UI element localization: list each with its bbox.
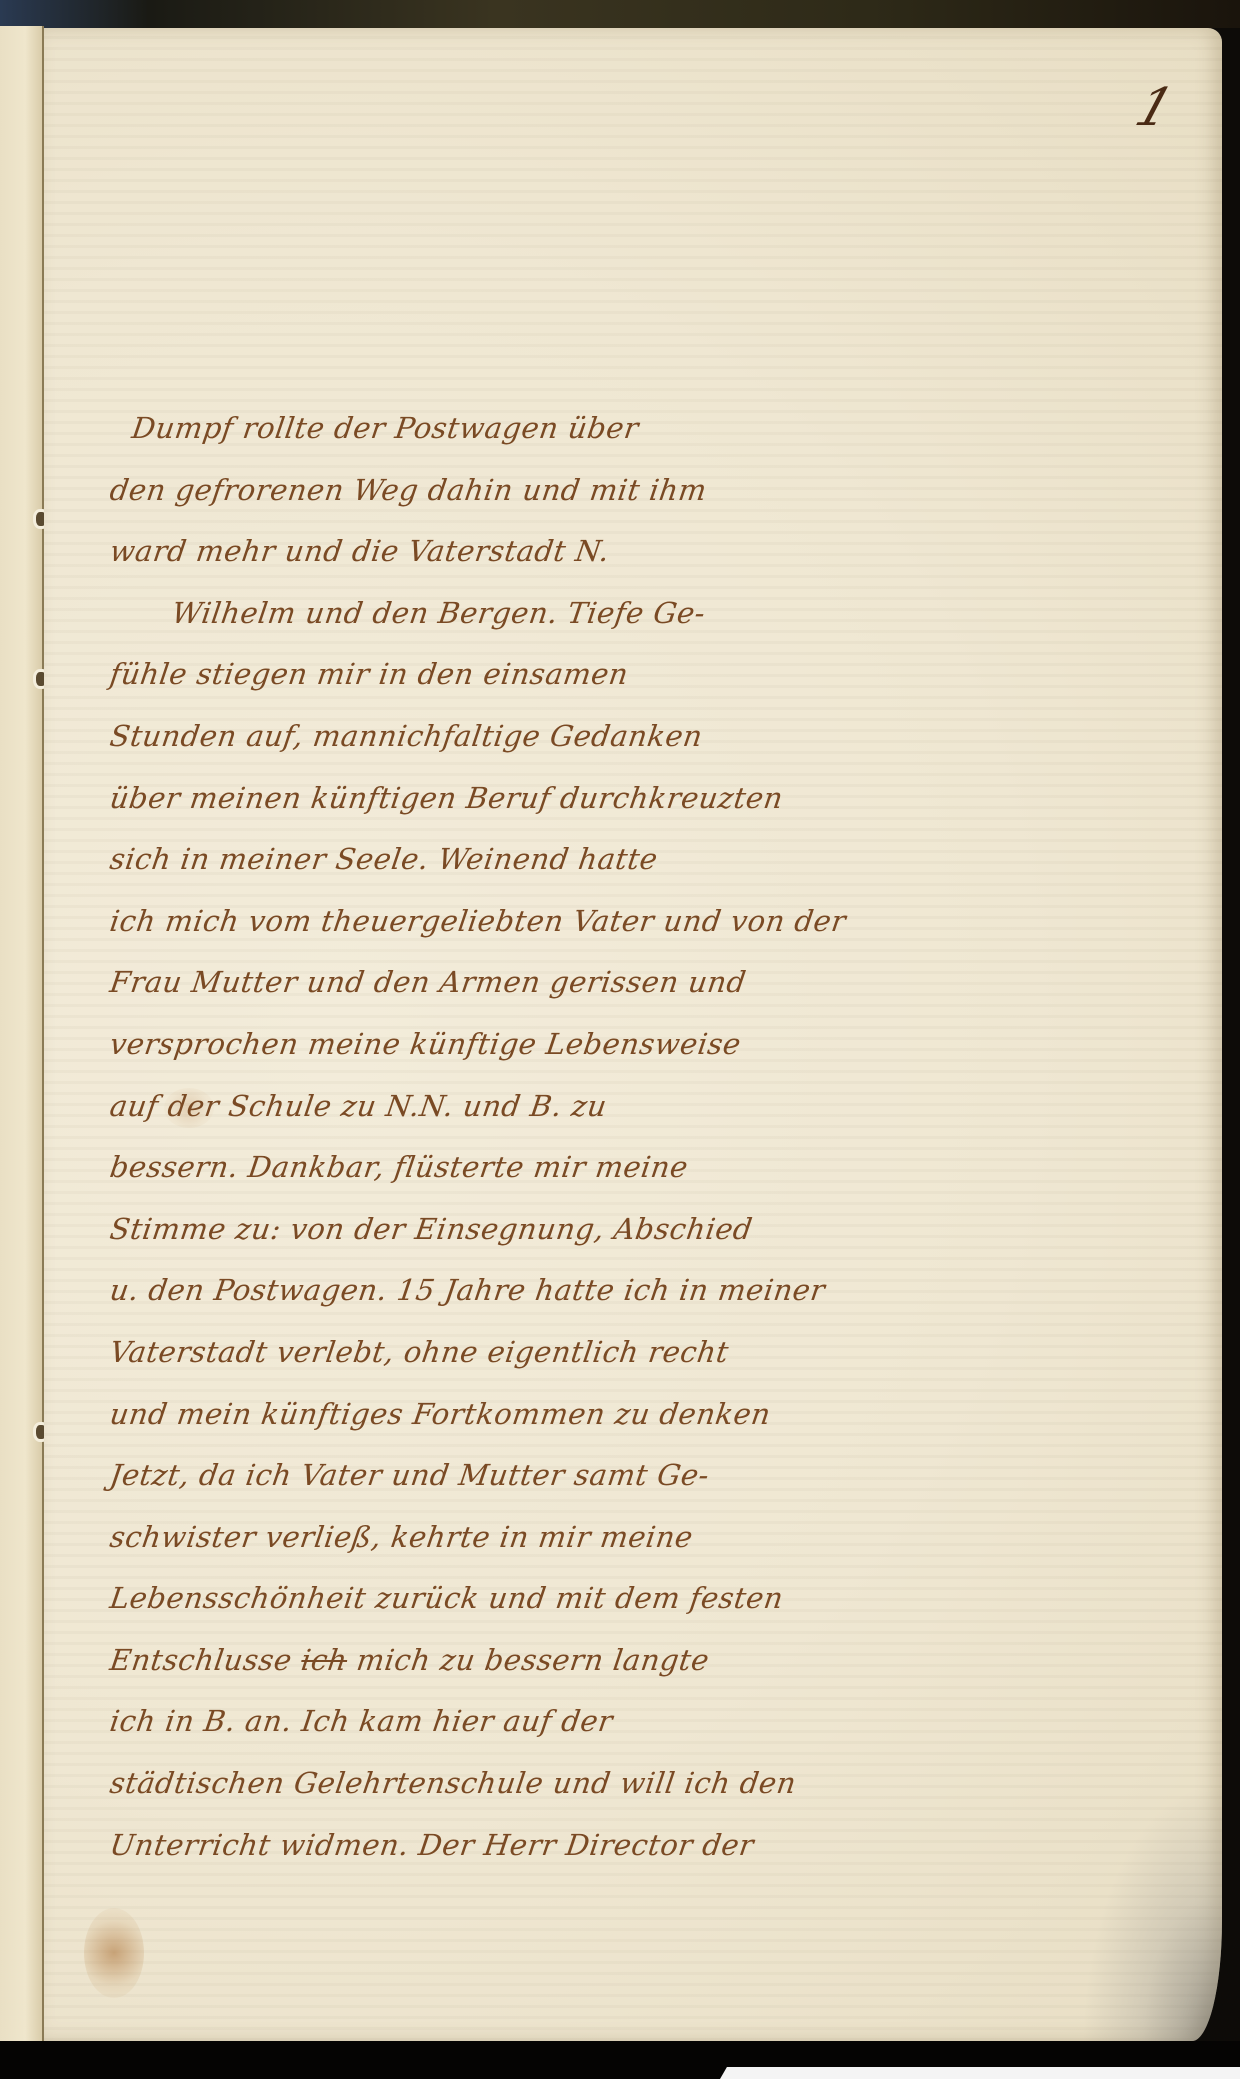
scan-bottom-margin — [720, 2067, 1240, 2079]
text-line: den gefrorenen Weg dahin und mit ihm — [106, 460, 837, 522]
left-page-edge — [0, 26, 44, 2041]
handwritten-text: Dumpf rollte der Postwagen über den gefr… — [132, 398, 832, 1876]
text-line: ich in B. an. Ich kam hier auf der — [106, 1691, 837, 1753]
text-line: bessern. Dankbar, flüsterte mir meine — [106, 1137, 837, 1199]
text-line: Stunden auf, mannichfaltige Gedanken — [106, 706, 837, 768]
text-fragment: mich zu bessern langte — [355, 1643, 712, 1677]
text-line: über meinen künftigen Beruf durchkreuzte… — [106, 768, 837, 830]
book-top-edge — [0, 0, 1240, 28]
text-line: Lebensschönheit zurück und mit dem feste… — [106, 1568, 837, 1630]
text-line: auf der Schule zu N.N. und B. zu — [106, 1076, 837, 1138]
text-line: fühle stiegen mir in den einsamen — [106, 644, 837, 706]
text-line: ward mehr und die Vaterstadt N. — [106, 521, 837, 583]
text-line: Stimme zu: von der Einsegnung, Abschied — [106, 1199, 837, 1261]
text-line: und mein künftiges Fortkommen zu denken — [106, 1384, 837, 1446]
text-line: versprochen meine künftige Lebensweise — [106, 1014, 837, 1076]
text-line-with-strikeout: Entschlusse ich mich zu bessern langte — [106, 1630, 837, 1692]
text-fragment: Entschlusse — [108, 1643, 294, 1677]
text-line: Dumpf rollte der Postwagen über — [128, 398, 837, 460]
text-line: Unterricht widmen. Der Herr Director der — [106, 1815, 837, 1877]
manuscript-scan: 1 Dumpf rollte der Postwagen über den ge… — [0, 0, 1240, 2079]
text-line: Jetzt, da ich Vater und Mutter samt Ge- — [106, 1445, 837, 1507]
foxing-stain — [84, 1908, 144, 1998]
text-line: Frau Mutter und den Armen gerissen und — [106, 952, 837, 1014]
text-line: städtischen Gelehrtenschule und will ich… — [106, 1753, 837, 1815]
text-line: Vaterstadt verlebt, ohne eigentlich rech… — [106, 1322, 837, 1384]
text-line: Wilhelm und den Bergen. Tiefe Ge- — [128, 583, 837, 645]
struck-out-word: ich — [299, 1643, 349, 1677]
text-line: u. den Postwagen. 15 Jahre hatte ich in … — [106, 1260, 837, 1322]
text-line: schwister verließ, kehrte in mir meine — [106, 1507, 837, 1569]
text-line: sich in meiner Seele. Weinend hatte — [106, 829, 837, 891]
text-line: ich mich vom theuergeliebten Vater und v… — [106, 891, 837, 953]
